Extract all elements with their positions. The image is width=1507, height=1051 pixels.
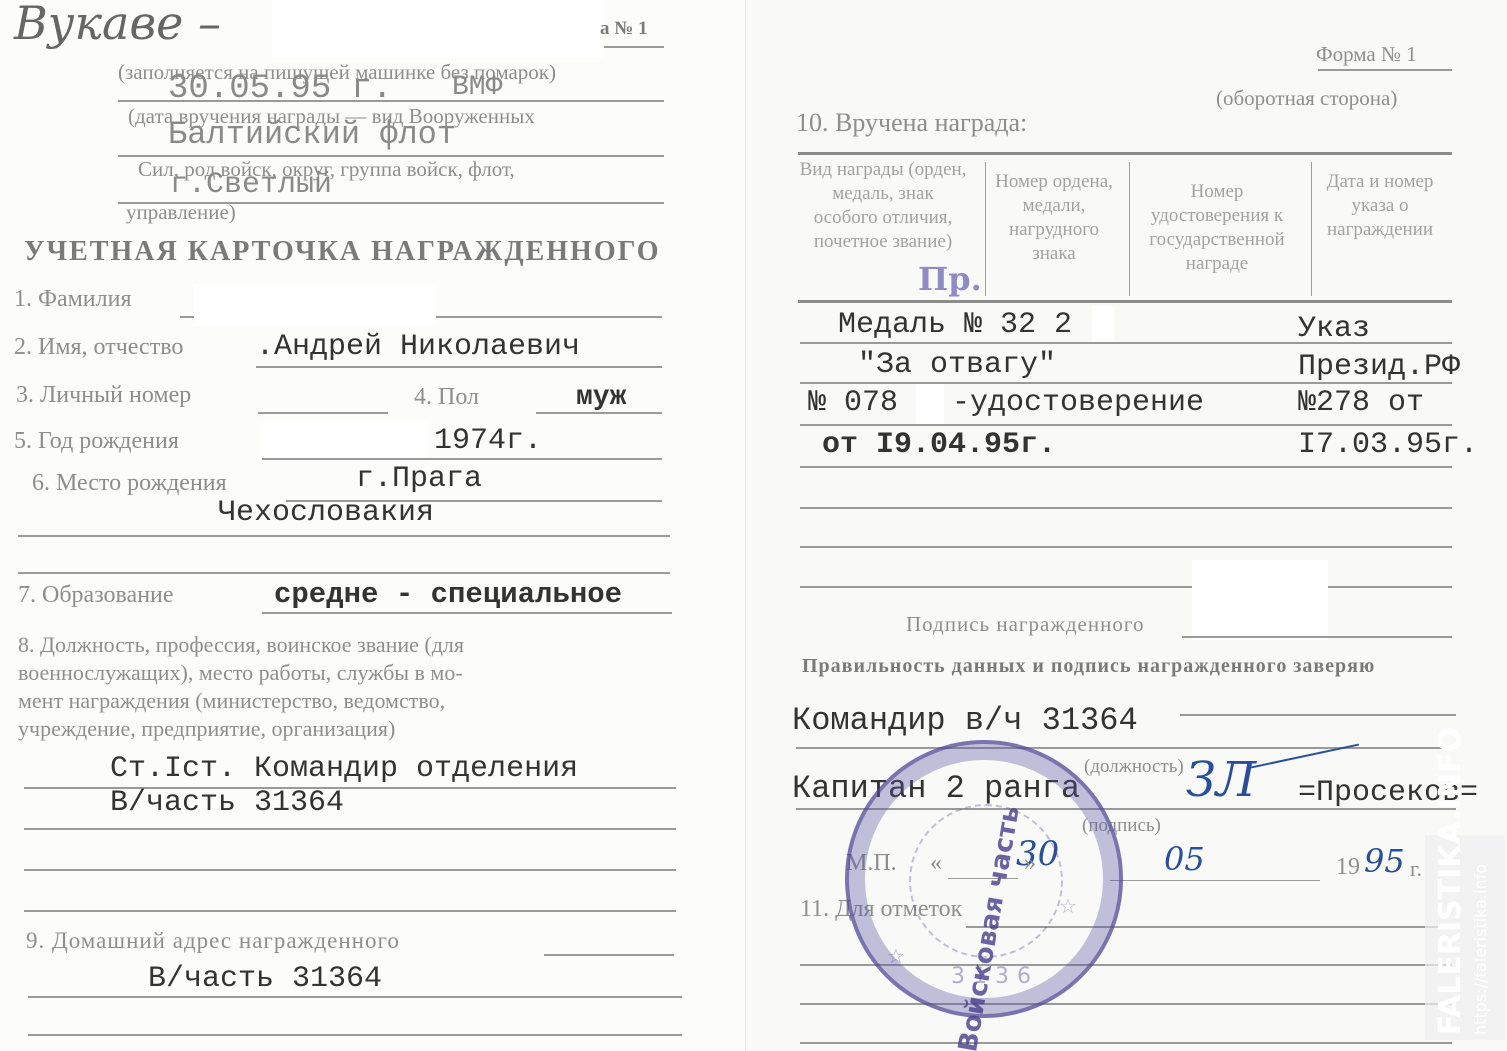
field-line bbox=[800, 1042, 1452, 1044]
birth-year-value: 1974г. bbox=[434, 424, 542, 458]
personal-number-label: 3. Личный номер bbox=[16, 382, 191, 409]
date-month-line bbox=[1110, 880, 1320, 881]
divider bbox=[1318, 69, 1452, 71]
field-line bbox=[800, 586, 1452, 588]
name-label: 2. Имя, отчество bbox=[14, 334, 183, 361]
stamp-star-icon: ☆ bbox=[1059, 894, 1077, 918]
table-header-certificate-number: Номер удостоверения к государственной на… bbox=[1132, 180, 1302, 276]
field-line bbox=[24, 828, 676, 830]
fleet-value: Балтийский флот bbox=[168, 116, 456, 153]
field-line bbox=[800, 1003, 1452, 1005]
field-line bbox=[800, 507, 1452, 509]
hint-admin: управление) bbox=[126, 200, 236, 225]
card-title: УЧЕТНАЯ КАРТОЧКА НАГРАЖДЕННОГО bbox=[24, 236, 661, 268]
field-line bbox=[28, 1034, 682, 1036]
table-row-2-decree: Презид.РФ bbox=[1298, 350, 1460, 384]
signature-line bbox=[1182, 636, 1452, 638]
birth-place-label: 6. Место рождения bbox=[32, 470, 227, 497]
table-row-3-award: № 078 5 -удостоверение bbox=[808, 386, 1204, 420]
education-label: 7. Образование bbox=[18, 582, 174, 609]
birth-place-value-2: Чехословакия bbox=[218, 496, 434, 530]
field-line bbox=[800, 424, 1452, 426]
column-divider bbox=[985, 162, 986, 296]
table-row-1-decree: Указ bbox=[1298, 312, 1370, 346]
sex-value: муж bbox=[576, 382, 626, 413]
table-row-4-decree: I7.03.95г. bbox=[1298, 428, 1478, 462]
table-row-2-award: "За отвагу" bbox=[858, 348, 1056, 382]
column-divider bbox=[1311, 162, 1312, 296]
field-line bbox=[24, 869, 676, 871]
section-10-label: 10. Вручена награда: bbox=[796, 108, 1027, 138]
position-label-line-1: 8. Должность, профессия, воинское звание… bbox=[18, 632, 464, 658]
commander-signature: ЗЛ bbox=[1186, 752, 1256, 808]
address-label: 9. Домашний адрес награжденного bbox=[26, 928, 400, 954]
field-line bbox=[800, 382, 1452, 384]
field-line bbox=[262, 612, 672, 614]
position-label-line-2: военнослужащих), место работы, службы в … bbox=[18, 660, 463, 686]
position-label-line-3: мент награждения (министерство, ведомств… bbox=[18, 688, 445, 714]
table-row-3-decree: №278 от bbox=[1298, 386, 1424, 420]
education-value: средне - специальное bbox=[274, 578, 622, 611]
field-line bbox=[18, 535, 670, 537]
watermark-url: https://faleristika.info bbox=[1471, 864, 1490, 1035]
form-number-fragment: а № 1 bbox=[600, 18, 648, 40]
award-date-value: 30.05.95 г. bbox=[168, 70, 392, 108]
field-line bbox=[28, 996, 682, 998]
field-line bbox=[262, 458, 662, 460]
field-line bbox=[18, 572, 670, 574]
form-label: Форма № 1 bbox=[1316, 42, 1417, 67]
date-month: 05 bbox=[1164, 840, 1205, 878]
table-row-4-award: от I9.04.95г. bbox=[822, 428, 1056, 462]
personal-number-field-line bbox=[258, 412, 388, 414]
signature-redaction bbox=[1192, 560, 1328, 640]
name-value: .Андрей Николаевич bbox=[256, 330, 580, 364]
table-header-award-type: Вид награды (орден, медаль, знак особого… bbox=[798, 158, 968, 254]
reverse-side-label: (оборотная сторона) bbox=[1216, 86, 1397, 111]
divider bbox=[604, 46, 664, 48]
sex-label: 4. Пол bbox=[414, 384, 479, 411]
field-line bbox=[1180, 714, 1456, 716]
position-value-1: Ст.Iст. Командир отделения bbox=[110, 752, 578, 786]
field-line bbox=[544, 954, 674, 956]
official-seal-stamp: Войсковая часть 3136 ☆ ☆ bbox=[845, 740, 1123, 1018]
field-line bbox=[256, 366, 662, 368]
field-line bbox=[536, 412, 662, 414]
handwritten-header: Вукаве – bbox=[14, 0, 221, 50]
stamp-mark: Пр. bbox=[918, 260, 982, 298]
birth-date-redaction bbox=[262, 420, 428, 460]
redaction-box bbox=[1092, 306, 1114, 344]
birth-year-label: 5. Год рождения bbox=[14, 428, 179, 455]
certification-text: Правильность данных и подпись награжденн… bbox=[802, 655, 1375, 678]
date-year-prefix: 19 bbox=[1336, 854, 1360, 881]
redaction-box bbox=[916, 384, 944, 424]
redaction-box bbox=[272, 0, 604, 58]
field-line bbox=[118, 100, 664, 102]
surname-redaction bbox=[194, 284, 436, 326]
date-year-unit: г. bbox=[1410, 856, 1422, 882]
recipient-signature-label: Подпись награжденного bbox=[906, 612, 1144, 637]
stamp-unit-number: 3136 bbox=[951, 964, 1039, 989]
commander-position: Командир в/ч 31364 bbox=[792, 702, 1138, 739]
table-header-bottom-border bbox=[798, 300, 1452, 303]
field-line bbox=[800, 342, 1452, 344]
position-label-line-4: учреждение, предприятие, организация) bbox=[18, 716, 395, 742]
field-line bbox=[796, 747, 1456, 749]
card-front-page: Вукаве – а № 1 (заполняется на пишущей м… bbox=[0, 0, 745, 1051]
column-divider bbox=[1129, 162, 1130, 296]
city-value: г.Светлый bbox=[170, 168, 332, 202]
watermark-brand: FALERISTIKA.INFO bbox=[1433, 727, 1468, 1035]
table-row-1-award: Медаль № 32 2 bbox=[838, 308, 1072, 342]
field-line bbox=[24, 910, 676, 912]
surname-label: 1. Фамилия bbox=[14, 286, 132, 313]
table-top-border bbox=[798, 152, 1452, 155]
stamp-star-icon: ☆ bbox=[887, 944, 905, 968]
position-value-2: В/часть 31364 bbox=[110, 786, 344, 820]
field-line bbox=[800, 466, 1452, 468]
date-year-suffix: 95 bbox=[1364, 842, 1405, 880]
position-hint: (должность) bbox=[1084, 756, 1184, 778]
table-header-decree: Дата и номер указа о награждении bbox=[1320, 170, 1440, 242]
armed-forces-value: ВМФ bbox=[452, 72, 502, 103]
table-header-award-number: Номер ордена, медали, нагрудного знака bbox=[990, 170, 1118, 266]
birth-place-value-1: г.Прага bbox=[356, 462, 482, 496]
field-line bbox=[800, 546, 1452, 548]
watermark: FALERISTIKA.INFO https://faleristika.inf… bbox=[1425, 835, 1505, 1040]
address-value: В/часть 31364 bbox=[148, 962, 382, 996]
